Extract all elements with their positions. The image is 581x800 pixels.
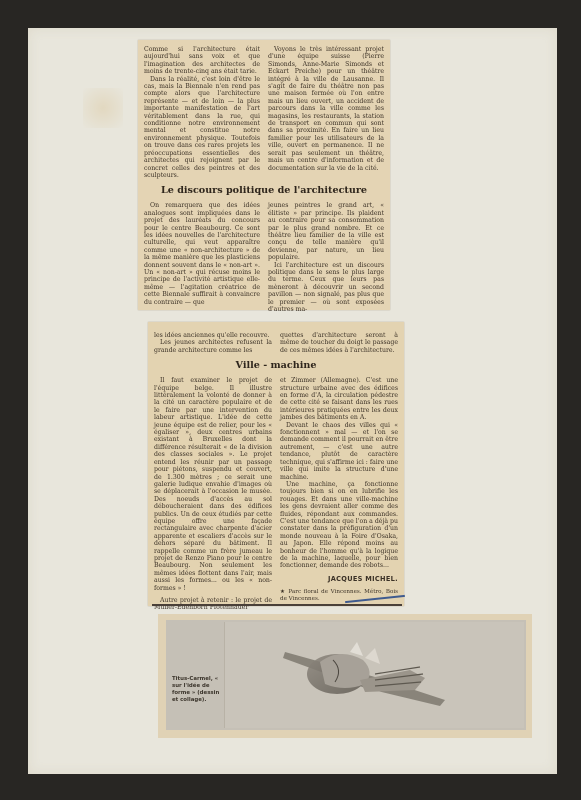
footnote: ★ Parc floral de Vincennes. Métro, Bois … [280, 589, 398, 602]
paragraph: quettes d'architecture seront à même de … [280, 332, 398, 354]
author-signature: JACQUES MICHEL. [280, 576, 398, 583]
newspaper-clipping-illustration: Titus-Carmel, « sur l'idée de forme » (d… [158, 614, 532, 738]
intro-left-column: les idées anciennes qu'elle recouvre. Le… [154, 332, 272, 354]
newspaper-clipping-top: Comme si l'architecture était aujourd'hu… [138, 40, 390, 310]
newspaper-clipping-middle: les idées anciennes qu'elle recouvre. Le… [148, 322, 404, 606]
paragraph: jeunes peintres le grand art, « élitiste… [268, 202, 384, 261]
headline-ville-machine: Ville - machine [148, 360, 404, 371]
top-left-column: Comme si l'architecture était aujourd'hu… [144, 46, 260, 179]
ville-left-column: Il faut examiner le projet de l'équipe b… [154, 377, 272, 612]
paragraph: On remarquera que des idées analogues so… [144, 202, 260, 306]
illustration-image [224, 622, 524, 728]
section-right-column: jeunes peintres le grand art, « élitiste… [268, 202, 384, 313]
column-rule [152, 604, 402, 606]
paragraph: Ici l'architecture est un discours polit… [268, 262, 384, 314]
paragraph: Les jeunes architectes refusent la grand… [154, 339, 272, 354]
paragraph: Une machine, ça fonctionne toujours bien… [280, 481, 398, 570]
paragraph: Dans la réalité, c'est loin d'être le ca… [144, 76, 260, 180]
paragraph: les idées anciennes qu'elle recouvre. [154, 332, 272, 339]
illustration-caption: Titus-Carmel, « sur l'idée de forme » (d… [172, 676, 224, 704]
paragraph: Devant le chaos des villes qui « fonctio… [280, 422, 398, 481]
paragraph: et Zimmer (Allemagne). C'est une structu… [280, 377, 398, 421]
paragraph: Comme si l'architecture était aujourd'hu… [144, 46, 260, 76]
illustration-frame: Titus-Carmel, « sur l'idée de forme » (d… [166, 620, 526, 730]
top-right-column: Voyons le très intéressant projet d'une … [268, 46, 384, 179]
paragraph: Voyons le très intéressant projet d'une … [268, 46, 384, 172]
bundle-drawing-icon [225, 622, 525, 728]
section-left-column: On remarquera que des idées analogues so… [144, 202, 260, 313]
headline-discours-politique: Le discours politique de l'architecture [138, 185, 390, 196]
paragraph: Il faut examiner le projet de l'équipe b… [154, 377, 272, 592]
paper-stain [83, 88, 123, 128]
ville-right-column: et Zimmer (Allemagne). C'est une structu… [280, 377, 398, 612]
intro-right-column: quettes d'architecture seront à même de … [280, 332, 398, 354]
